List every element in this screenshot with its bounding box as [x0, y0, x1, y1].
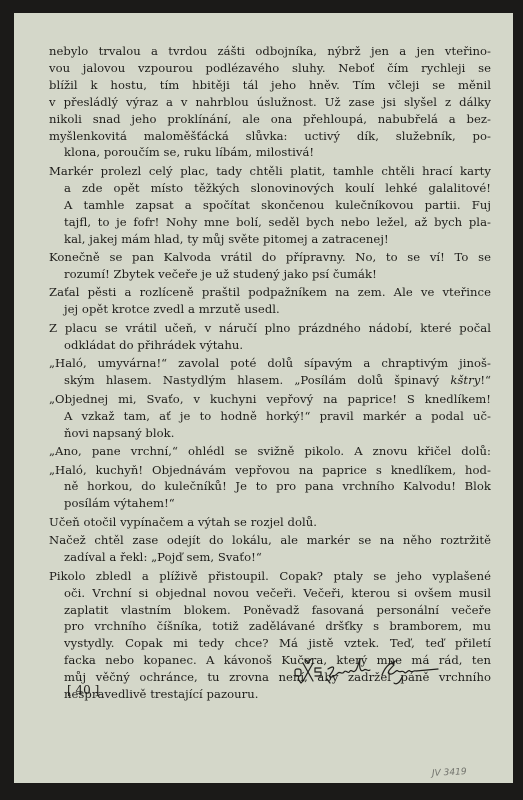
text-line: nikoli snad jeho proklínání, ale ona pře… [49, 111, 491, 128]
paragraph: Z placu se vrátil učeň, v náručí plno pr… [49, 320, 491, 354]
paragraph: Zaťal pěsti a rozlíceně praštil podpažní… [49, 284, 491, 318]
text-line: tajfl, to je fofr! Nohy mne bolí, seděl … [64, 214, 491, 231]
paragraph: nebylo trvalou a tvrdou zášti odbojníka,… [49, 43, 491, 161]
text-line: zadíval a řekl: „Pojď sem, Svaťo!“ [64, 549, 491, 566]
text-line: rozumí! Zbytek večeře je už studený jako… [64, 266, 491, 283]
text-line: ně horkou, do kulečníků! Je to pro pana … [64, 478, 491, 495]
paragraph: Učeň otočil vypínačem a výtah se rozjel … [49, 514, 491, 531]
paragraph: Konečně se pan Kalvoda vrátil do příprav… [49, 249, 491, 283]
text-line: Pikolo zbledl a plíživě přistoupil. Copa… [64, 568, 491, 585]
text-line: Konečně se pan Kalvoda vrátil do příprav… [64, 249, 491, 266]
text-line: odkládat do přihrádek výtahu. [64, 337, 491, 354]
paragraph: „Ano, pane vrchní,“ ohlédl se svižně pik… [49, 443, 491, 460]
text-line: zaplatit vlastním blokem. Poněvadž fasov… [64, 602, 491, 619]
page-number: [ 40 ] [67, 683, 99, 697]
paragraph: „Haló, umyvárna!“ zavolal poté dolů sípa… [49, 355, 491, 389]
text-line: Zaťal pěsti a rozlíceně praštil podpažní… [64, 284, 491, 301]
text-line: blížil k hostu, tím hbitěji tál jeho hně… [49, 77, 491, 94]
text-line: „Haló, umyvárna!“ zavolal poté dolů sípa… [64, 355, 491, 372]
paragraph: „Objednej mi, Svaťo, v kuchyni vepřový n… [49, 391, 491, 442]
text-line: oči. Vrchní si objednal novou večeři. Ve… [64, 585, 491, 602]
signature-monogram-icon [290, 655, 440, 689]
text-line: klona, poroučím se, ruku líbám, milostiv… [49, 144, 491, 161]
paragraph: Načež chtěl zase odejít do lokálu, ale m… [49, 532, 491, 566]
text-line: Načež chtěl zase odejít do lokálu, ale m… [64, 532, 491, 549]
text-line: Učeň otočil vypínačem a výtah se rozjel … [64, 514, 491, 531]
archive-mark: JV 3419 [432, 767, 467, 779]
text-line: posílám výtahem!“ [64, 495, 491, 512]
text-line: myšlenkovitá maloměšťácká slůvka: uctivý… [49, 128, 491, 145]
body-text: nebylo trvalou a tvrdou zášti odbojníka,… [49, 43, 491, 705]
signature [290, 655, 440, 689]
text-line: vystydly. Copak mi tedy chce? Má jistě v… [64, 635, 491, 652]
text-line: ským hlasem. Nastydlým hlasem. „Posílám … [64, 372, 491, 389]
text-segment: ským hlasem. Nastydlým hlasem. „Posílám … [64, 373, 450, 387]
text-line: kal, jakej mám hlad, ty můj světe pitome… [64, 231, 491, 248]
text-line: A vzkaž tam, ať je to hodně horký!“ prav… [64, 408, 491, 425]
text-line: „Objednej mi, Svaťo, v kuchyni vepřový n… [64, 391, 491, 408]
text-line: „Ano, pane vrchní,“ ohlédl se svižně pik… [64, 443, 491, 460]
text-line: A tamhle zapsat a spočítat skončenou kul… [64, 197, 491, 214]
text-line: „Haló, kuchyň! Objednávám vepřovou na pa… [64, 462, 491, 479]
text-line: v přesládlý výraz a v nahrblou úslužnost… [49, 94, 491, 111]
paragraph: „Haló, kuchyň! Objednávám vepřovou na pa… [49, 462, 491, 513]
text-line: Z placu se vrátil učeň, v náručí plno pr… [64, 320, 491, 337]
text-line: Markér prolezl celý plac, tady chtěli pl… [64, 163, 491, 180]
text-line: vou jalovou vzpourou podlézavého sluhy. … [49, 60, 491, 77]
text-line: jej opět krotce zvedl a mrzutě usedl. [64, 301, 491, 318]
text-line: nebylo trvalou a tvrdou zášti odbojníka,… [49, 43, 491, 60]
text-line: a zde opět místo těžkých slonovinových k… [64, 180, 491, 197]
text-line: pro vrchního číšníka, totiž zadělávané d… [64, 618, 491, 635]
text-line: ňovi napsaný blok. [64, 425, 491, 442]
italic-word: kštry [450, 373, 480, 387]
paragraph: Markér prolezl celý plac, tady chtěli pl… [49, 163, 491, 248]
text-segment: !“ [480, 373, 491, 387]
